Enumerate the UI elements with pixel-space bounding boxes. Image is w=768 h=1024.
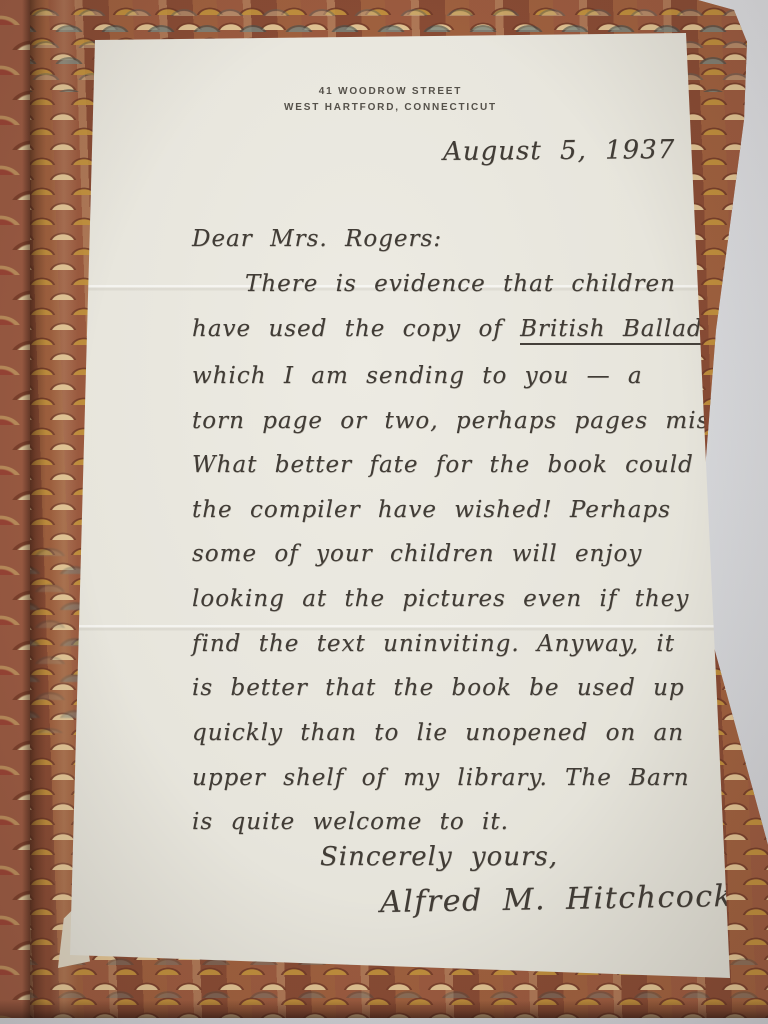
signature: Alfred M. Hitchcock — [380, 879, 734, 920]
body-line: torn page or two, perhaps pages missing. — [192, 408, 768, 434]
underlined-book-title: British Ballads — [520, 316, 715, 345]
body-line: looking at the pictures even if they — [192, 586, 689, 612]
body-line: have used the copy of British Ballads — [192, 316, 715, 342]
book-hinge-shadow — [22, 0, 46, 1018]
handwritten-date: August 5, 1937 — [443, 135, 675, 167]
book-bottom-edge — [0, 1000, 768, 1018]
body-line: quickly than to lie unopened on an — [192, 720, 684, 746]
letter-paper: 41 WOODROW STREET WEST HARTFORD, CONNECT… — [50, 26, 740, 991]
closing: Sincerely yours, — [320, 842, 558, 872]
body-line: the compiler have wished! Perhaps — [192, 497, 671, 523]
body-line: is better that the book be used up — [192, 675, 685, 701]
body-line: There is evidence that children — [245, 271, 676, 297]
body-line: is quite welcome to it. — [192, 809, 509, 835]
letterhead-address: 41 WOODROW STREET WEST HARTFORD, CONNECT… — [95, 84, 686, 116]
body-line: upper shelf of my library. The Barn — [192, 765, 690, 791]
body-line: some of your children will enjoy — [192, 541, 642, 567]
salutation: Dear Mrs. Rogers: — [192, 226, 442, 252]
letterhead-city: WEST HARTFORD, CONNECTICUT — [95, 100, 686, 116]
body-line: which I am sending to you — a — [192, 363, 643, 389]
letterhead-street: 41 WOODROW STREET — [95, 84, 686, 100]
body-line-text: have used the copy of — [192, 316, 520, 342]
body-line: find the text uninviting. Anyway, it — [192, 631, 675, 657]
body-line: What better fate for the book could — [192, 452, 694, 478]
photo-scene: 41 WOODROW STREET WEST HARTFORD, CONNECT… — [0, 0, 768, 1024]
